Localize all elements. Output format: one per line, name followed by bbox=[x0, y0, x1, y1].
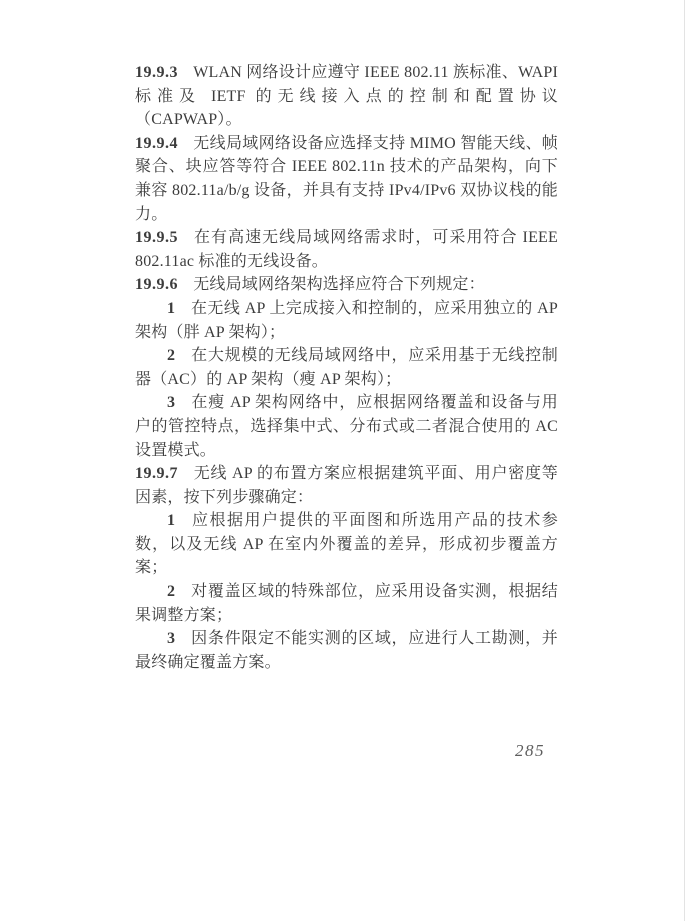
clause-number: 1 bbox=[167, 300, 176, 317]
list-item: 3在瘦 AP 架构网络中，应根据网络覆盖和设备与用户的管控特点，选择集中式、分布… bbox=[135, 391, 558, 462]
clause-text: 在大规模的无线局域网络中，应采用基于无线控制器（AC）的 AP 架构（瘦 AP … bbox=[135, 347, 558, 388]
section-paragraph: 19.9.7无线 AP 的布置方案应根据建筑平面、用户密度等因素，按下列步骤确定… bbox=[135, 462, 558, 509]
list-item: 2对覆盖区域的特殊部位，应采用设备实测，根据结果调整方案； bbox=[135, 580, 558, 627]
clause-text: 无线 AP 的布置方案应根据建筑平面、用户密度等因素，按下列步骤确定： bbox=[135, 465, 558, 506]
document-body: 19.9.3WLAN 网络设计应遵守 IEEE 802.11 族标准、WAPI … bbox=[135, 61, 558, 674]
list-item: 3因条件限定不能实测的区域，应进行人工勘测，并最终确定覆盖方案。 bbox=[135, 627, 558, 674]
section-paragraph: 19.9.3WLAN 网络设计应遵守 IEEE 802.11 族标准、WAPI … bbox=[135, 61, 558, 132]
clause-number: 3 bbox=[167, 630, 176, 647]
clause-text: 无线局域网络设备应选择支持 MIMO 智能天线、帧聚合、块应答等符合 IEEE … bbox=[135, 135, 558, 223]
clause-text: WLAN 网络设计应遵守 IEEE 802.11 族标准、WAPI 标准及 IE… bbox=[135, 64, 558, 128]
clause-text: 应根据用户提供的平面图和所选用产品的技术参数，以及无线 AP 在室内外覆盖的差异… bbox=[135, 512, 558, 576]
document-page: 19.9.3WLAN 网络设计应遵守 IEEE 802.11 族标准、WAPI … bbox=[0, 0, 691, 921]
clause-number: 19.9.4 bbox=[135, 135, 178, 152]
list-item: 1在无线 AP 上完成接入和控制的，应采用独立的 AP 架构（胖 AP 架构）； bbox=[135, 297, 558, 344]
section-paragraph: 19.9.5在有高速无线局域网络需求时，可采用符合 IEEE 802.11ac … bbox=[135, 226, 558, 273]
clause-number: 3 bbox=[167, 394, 176, 411]
page-number: 285 bbox=[515, 741, 545, 761]
list-item: 2在大规模的无线局域网络中，应采用基于无线控制器（AC）的 AP 架构（瘦 AP… bbox=[135, 344, 558, 391]
clause-text: 在有高速无线局域网络需求时，可采用符合 IEEE 802.11ac 标准的无线设… bbox=[135, 229, 558, 270]
clause-text: 在瘦 AP 架构网络中，应根据网络覆盖和设备与用户的管控特点，选择集中式、分布式… bbox=[135, 394, 558, 458]
clause-text: 因条件限定不能实测的区域，应进行人工勘测，并最终确定覆盖方案。 bbox=[135, 630, 558, 671]
clause-number: 19.9.6 bbox=[135, 276, 178, 293]
clause-number: 1 bbox=[167, 512, 176, 529]
section-paragraph: 19.9.4无线局域网络设备应选择支持 MIMO 智能天线、帧聚合、块应答等符合… bbox=[135, 132, 558, 226]
clause-number: 19.9.5 bbox=[135, 229, 178, 246]
clause-number: 19.9.7 bbox=[135, 465, 178, 482]
clause-number: 2 bbox=[167, 583, 176, 600]
clause-number: 2 bbox=[167, 347, 176, 364]
clause-text: 对覆盖区域的特殊部位，应采用设备实测，根据结果调整方案； bbox=[135, 583, 558, 624]
clause-text: 在无线 AP 上完成接入和控制的，应采用独立的 AP 架构（胖 AP 架构）； bbox=[135, 300, 558, 341]
section-paragraph: 19.9.6无线局域网络架构选择应符合下列规定： bbox=[135, 273, 558, 297]
clause-number: 19.9.3 bbox=[135, 64, 178, 81]
clause-text: 无线局域网络架构选择应符合下列规定： bbox=[193, 276, 485, 293]
scan-edge-line bbox=[684, 0, 685, 921]
list-item: 1应根据用户提供的平面图和所选用产品的技术参数，以及无线 AP 在室内外覆盖的差… bbox=[135, 509, 558, 580]
